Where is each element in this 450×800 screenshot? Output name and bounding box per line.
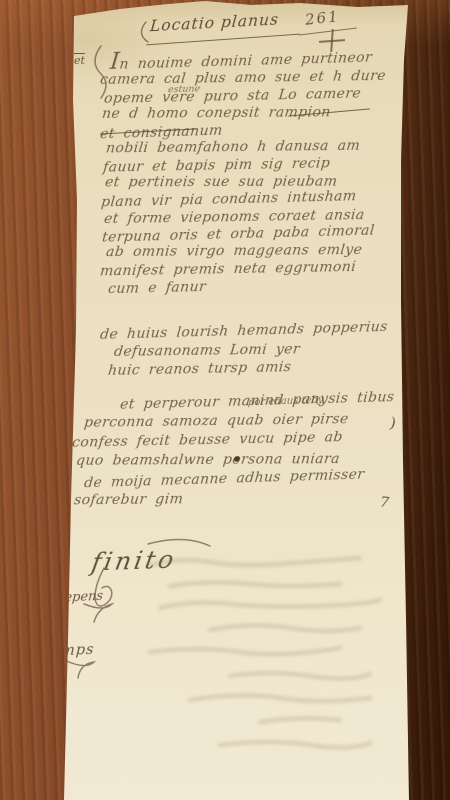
verso-bleed-through	[150, 558, 380, 748]
margin-paragraph-mark: et	[74, 54, 85, 67]
right-margin-mark: 7	[379, 495, 390, 512]
interlinear-insert: estune	[167, 83, 200, 95]
paragraph-2: de huius lourish hemands popperiusdefusa…	[100, 322, 388, 378]
folio-underline	[299, 27, 357, 35]
manuscript-line: sofarebur gim	[73, 488, 356, 510]
photo-stage: Locatio planus 261 et In nouime domini a…	[0, 0, 450, 800]
heading-underline	[146, 34, 300, 46]
closing-word-finito: finito	[89, 544, 179, 576]
right-margin-mark: )	[388, 414, 398, 433]
paragraph-3: et perperour manind panysis tibusperconn…	[72, 392, 352, 509]
heading-title: Locatio planus	[149, 11, 279, 36]
paragraph-1: In nouime domini ame purtineorcamera cal…	[100, 50, 386, 295]
folio-number: 261	[304, 7, 340, 29]
ink-blot	[234, 456, 240, 462]
